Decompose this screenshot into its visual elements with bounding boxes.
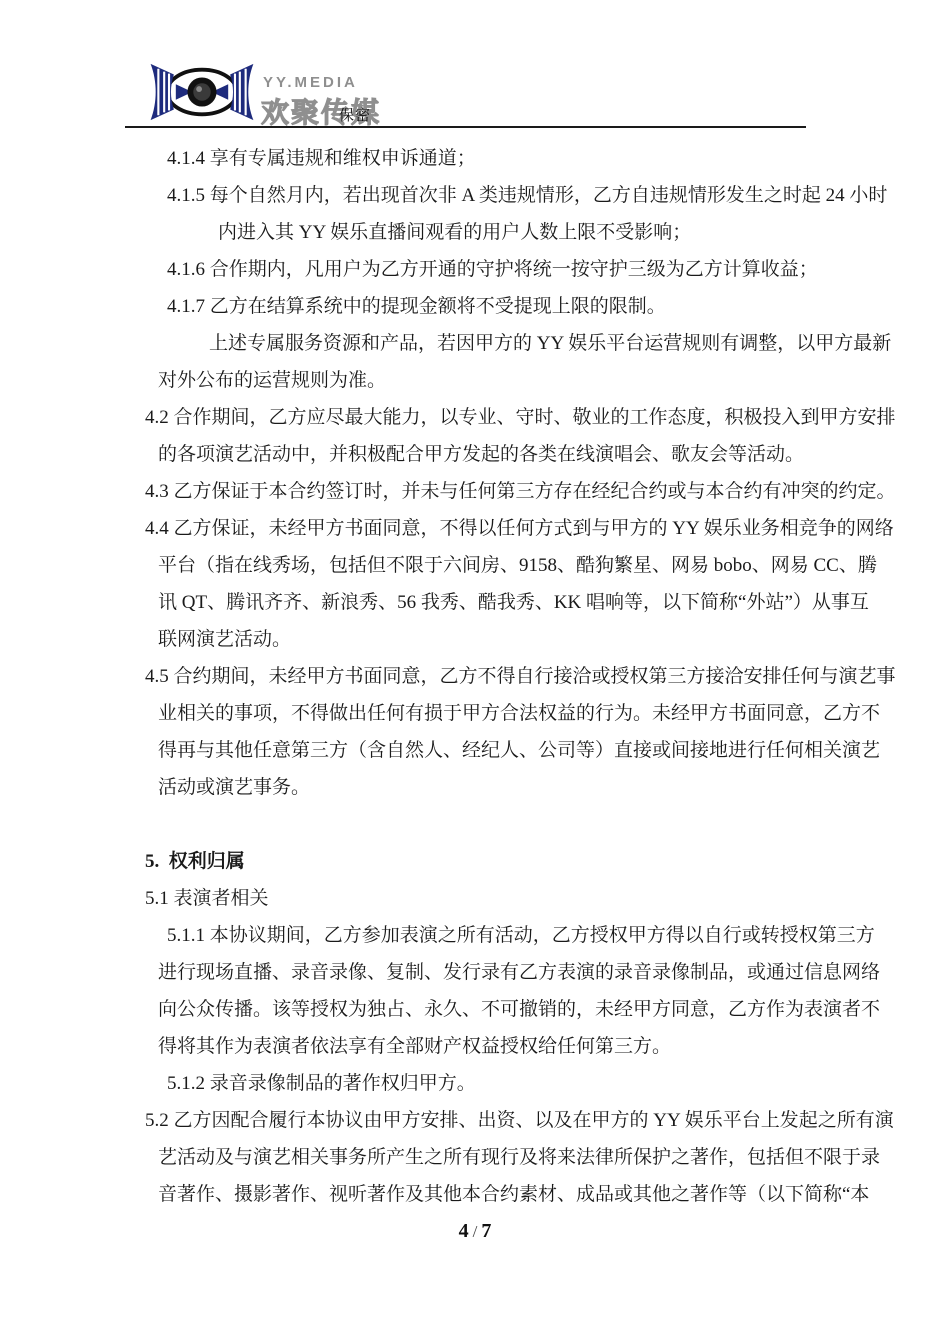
clause-4-5-cont-2: 得再与其他任意第三方（含自然人、经纪人、公司等）直接或间接地进行任何相关演艺 [145, 732, 813, 769]
clause-5-1-1-cont-2: 向公众传播。该等授权为独占、永久、不可撤销的，未经甲方同意，乙方作为表演者不 [145, 991, 813, 1028]
clause-4-3: 4.3 乙方保证于本合约签订时，并未与任何第三方存在经纪合约或与本合约有冲突的约… [145, 473, 813, 510]
page-separator: / [469, 1222, 482, 1241]
clause-4-1-5: 4.1.5 每个自然月内，若出现首次非 A 类违规情形，乙方自违规情形发生之时起… [145, 177, 813, 214]
brand-name-en: YY.MEDIA [263, 74, 358, 91]
clause-4-2: 4.2 合作期间，乙方应尽最大能力，以专业、守时、敬业的工作态度，积极投入到甲方… [145, 399, 813, 436]
section-5-heading: 5. 权利归属 [145, 843, 813, 880]
clause-4-1-5-cont: 内进入其 YY 娱乐直播间观看的用户人数上限不受影响； [145, 214, 813, 251]
header-divider [125, 126, 806, 128]
contract-body: 4.1.4 享有专属违规和维权申诉通道； 4.1.5 每个自然月内，若出现首次非… [145, 140, 813, 1213]
page-header: YY.MEDIA 欢聚传媒 保密 [0, 0, 950, 130]
clause-4-4-cont-3: 联网演艺活动。 [145, 621, 813, 658]
clause-5-1-1-cont-3: 得将其作为表演者依法享有全部财产权益授权给任何第三方。 [145, 1028, 813, 1065]
clause-4-1-note-cont: 对外公布的运营规则为准。 [145, 362, 813, 399]
clause-4-1-6: 4.1.6 合作期内，凡用户为乙方开通的守护将统一按守护三级为乙方计算收益； [145, 251, 813, 288]
clause-5-2: 5.2 乙方因配合履行本协议由甲方安排、出资、以及在甲方的 YY 娱乐平台上发起… [145, 1102, 813, 1139]
clause-4-1-7: 4.1.7 乙方在结算系统中的提现金额将不受提现上限的限制。 [145, 288, 813, 325]
blank-line [145, 806, 813, 843]
clause-4-4: 4.4 乙方保证，未经甲方书面同意，不得以任何方式到与甲方的 YY 娱乐业务相竞… [145, 510, 813, 547]
clause-4-5: 4.5 合约期间，未经甲方书面同意，乙方不得自行接洽或授权第三方接洽安排任何与演… [145, 658, 813, 695]
clause-4-4-cont-1: 平台（指在线秀场，包括但不限于六间房、9158、酷狗繁星、网易 bobo、网易 … [145, 547, 813, 584]
clause-5-2-cont-2: 音著作、摄影著作、视听著作及其他本合约素材、成品或其他之著作等（以下简称“本 [145, 1176, 813, 1213]
page-current: 4 [459, 1220, 469, 1242]
confidential-label: 保密 [339, 104, 371, 125]
page-total: 7 [481, 1220, 491, 1242]
clause-4-1-note: 上述专属服务资源和产品，若因甲方的 YY 娱乐平台运营规则有调整，以甲方最新 [145, 325, 813, 362]
clause-5-1: 5.1 表演者相关 [145, 880, 813, 917]
yy-media-logo-icon [148, 60, 256, 124]
clause-5-1-1: 5.1.1 本协议期间，乙方参加表演之所有活动，乙方授权甲方得以自行或转授权第三… [145, 917, 813, 954]
clause-4-5-cont-3: 活动或演艺事务。 [145, 769, 813, 806]
page-number: 4/7 [0, 1220, 950, 1243]
clause-4-1-4: 4.1.4 享有专属违规和维权申诉通道； [145, 140, 813, 177]
clause-5-2-cont-1: 艺活动及与演艺相关事务所产生之所有现行及将来法律所保护之著作，包括但不限于录 [145, 1139, 813, 1176]
clause-4-4-cont-2: 讯 QT、腾讯齐齐、新浪秀、56 我秀、酷我秀、KK 唱响等，以下简称“外站”）… [145, 584, 813, 621]
clause-5-1-2: 5.1.2 录音录像制品的著作权归甲方。 [145, 1065, 813, 1102]
clause-4-5-cont-1: 业相关的事项，不得做出任何有损于甲方合法权益的行为。未经甲方书面同意，乙方不 [145, 695, 813, 732]
clause-4-2-cont: 的各项演艺活动中，并积极配合甲方发起的各类在线演唱会、歌友会等活动。 [145, 436, 813, 473]
clause-5-1-1-cont-1: 进行现场直播、录音录像、复制、发行录有乙方表演的录音录像制品，或通过信息网络 [145, 954, 813, 991]
